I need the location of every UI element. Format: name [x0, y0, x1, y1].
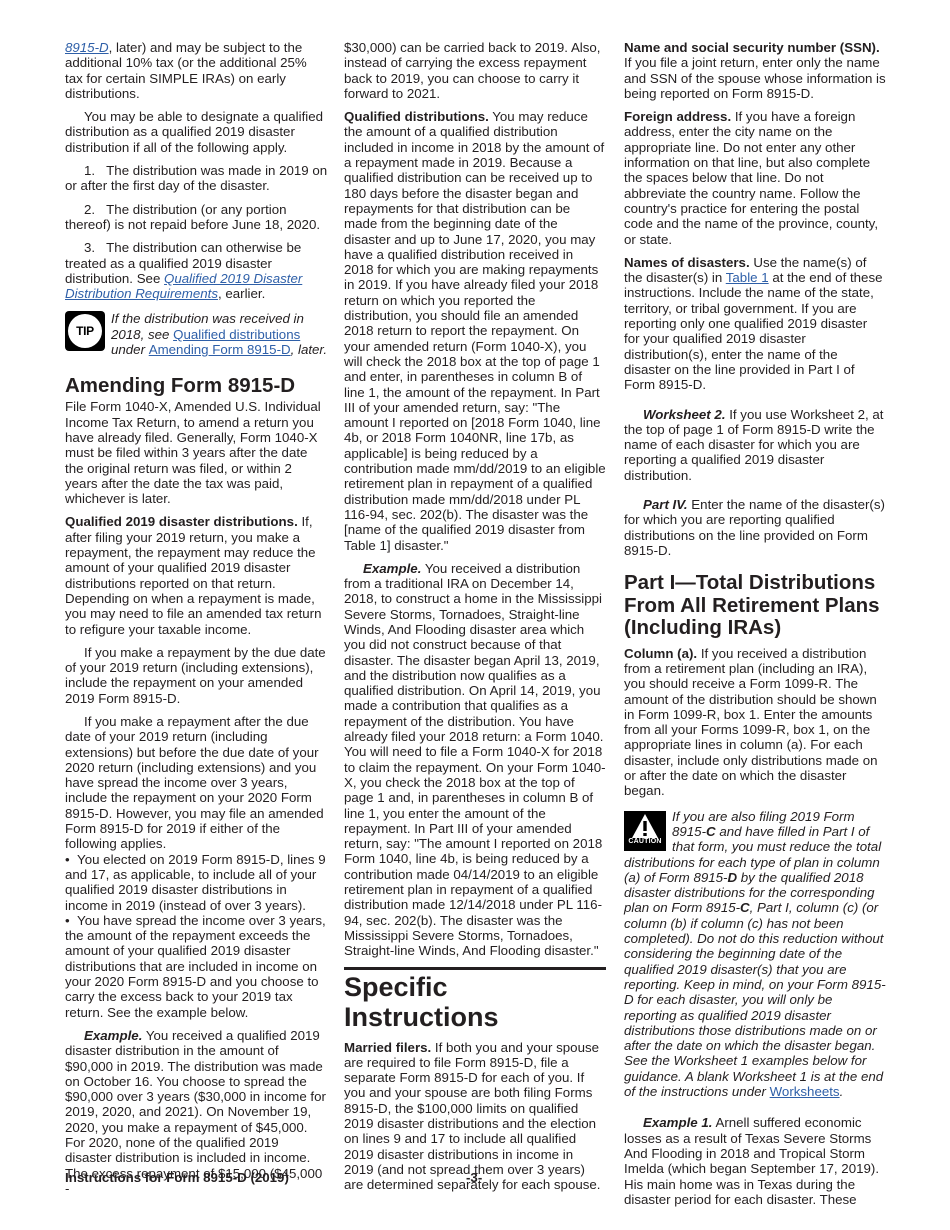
names-of-disasters-paragraph: Names of disasters. Use the name(s) of t… — [624, 255, 886, 393]
intro-paragraph: 8915-D, later) and may be subject to the… — [65, 40, 328, 101]
example-1-paragraph: Example 1. Arnell suffered economic loss… — [624, 1115, 886, 1207]
caution-box: CAUTION If you are also filing 2019 Form… — [624, 809, 886, 1100]
tip-icon: TIP — [65, 311, 105, 351]
page-number: -3- — [466, 1170, 482, 1185]
worksheet-2-paragraph: Worksheet 2. If you use Worksheet 2, at … — [624, 407, 886, 483]
link-table-1[interactable]: Table 1 — [726, 270, 769, 285]
repay-after-paragraph: If you make a repayment after the due da… — [65, 714, 328, 852]
section-divider: Specific Instructions — [344, 967, 606, 1032]
column-2: $30,000) can be carried back to 2019. Al… — [344, 40, 606, 1200]
condition-2: 2. The distribution (or any portion ther… — [65, 202, 328, 233]
heading-specific-instructions: Specific Instructions — [344, 972, 606, 1032]
designate-paragraph: You may be able to designate a qualified… — [65, 109, 328, 155]
bullet-item: You have spread the income over 3 years,… — [65, 913, 328, 1020]
example-paragraph: Example. You received a distribution fro… — [344, 561, 606, 959]
ssn-paragraph: Name and social security number (SSN). I… — [624, 40, 886, 101]
tip-text: If the distribution was received in 2018… — [111, 311, 328, 357]
bullet-item: You elected on 2019 Form 8915-D, lines 9… — [65, 852, 328, 913]
link-qualified-distributions[interactable]: Qualified distributions — [173, 327, 300, 342]
amending-paragraph: File Form 1040-X, Amended U.S. Individua… — [65, 399, 328, 506]
tip-box: TIP If the distribution was received in … — [65, 311, 328, 357]
link-8915-d[interactable]: 8915-D — [65, 40, 109, 55]
link-amending-form[interactable]: Amending Form 8915-D — [149, 342, 291, 357]
heading-amending-form: Amending Form 8915-D — [65, 375, 328, 397]
qualified-distributions-paragraph: Qualified distributions. You may reduce … — [344, 109, 606, 553]
foreign-address-paragraph: Foreign address. If you have a foreign a… — [624, 109, 886, 247]
condition-1: 1. The distribution was made in 2019 on … — [65, 163, 328, 194]
condition-3: 3. The distribution can otherwise be tre… — [65, 240, 328, 301]
repay-due-paragraph: If you make a repayment by the due date … — [65, 645, 328, 706]
footer-title: Instructions for Form 8915-D (2019) — [65, 1170, 289, 1185]
link-worksheets[interactable]: Worksheets — [770, 1084, 840, 1099]
carryback-paragraph: $30,000) can be carried back to 2019. Al… — [344, 40, 606, 101]
caution-icon: CAUTION — [624, 811, 666, 851]
qualified-2019-paragraph: Qualified 2019 disaster distributions. I… — [65, 514, 328, 636]
heading-part-i: Part I—Total Distributions From All Reti… — [624, 572, 886, 640]
part-iv-paragraph: Part IV. Enter the name of the disaster(… — [624, 497, 886, 558]
column-a-paragraph: Column (a). If you received a distributi… — [624, 646, 886, 799]
column-3: Name and social security number (SSN). I… — [624, 40, 886, 1215]
column-1: 8915-D, later) and may be subject to the… — [65, 40, 328, 1204]
